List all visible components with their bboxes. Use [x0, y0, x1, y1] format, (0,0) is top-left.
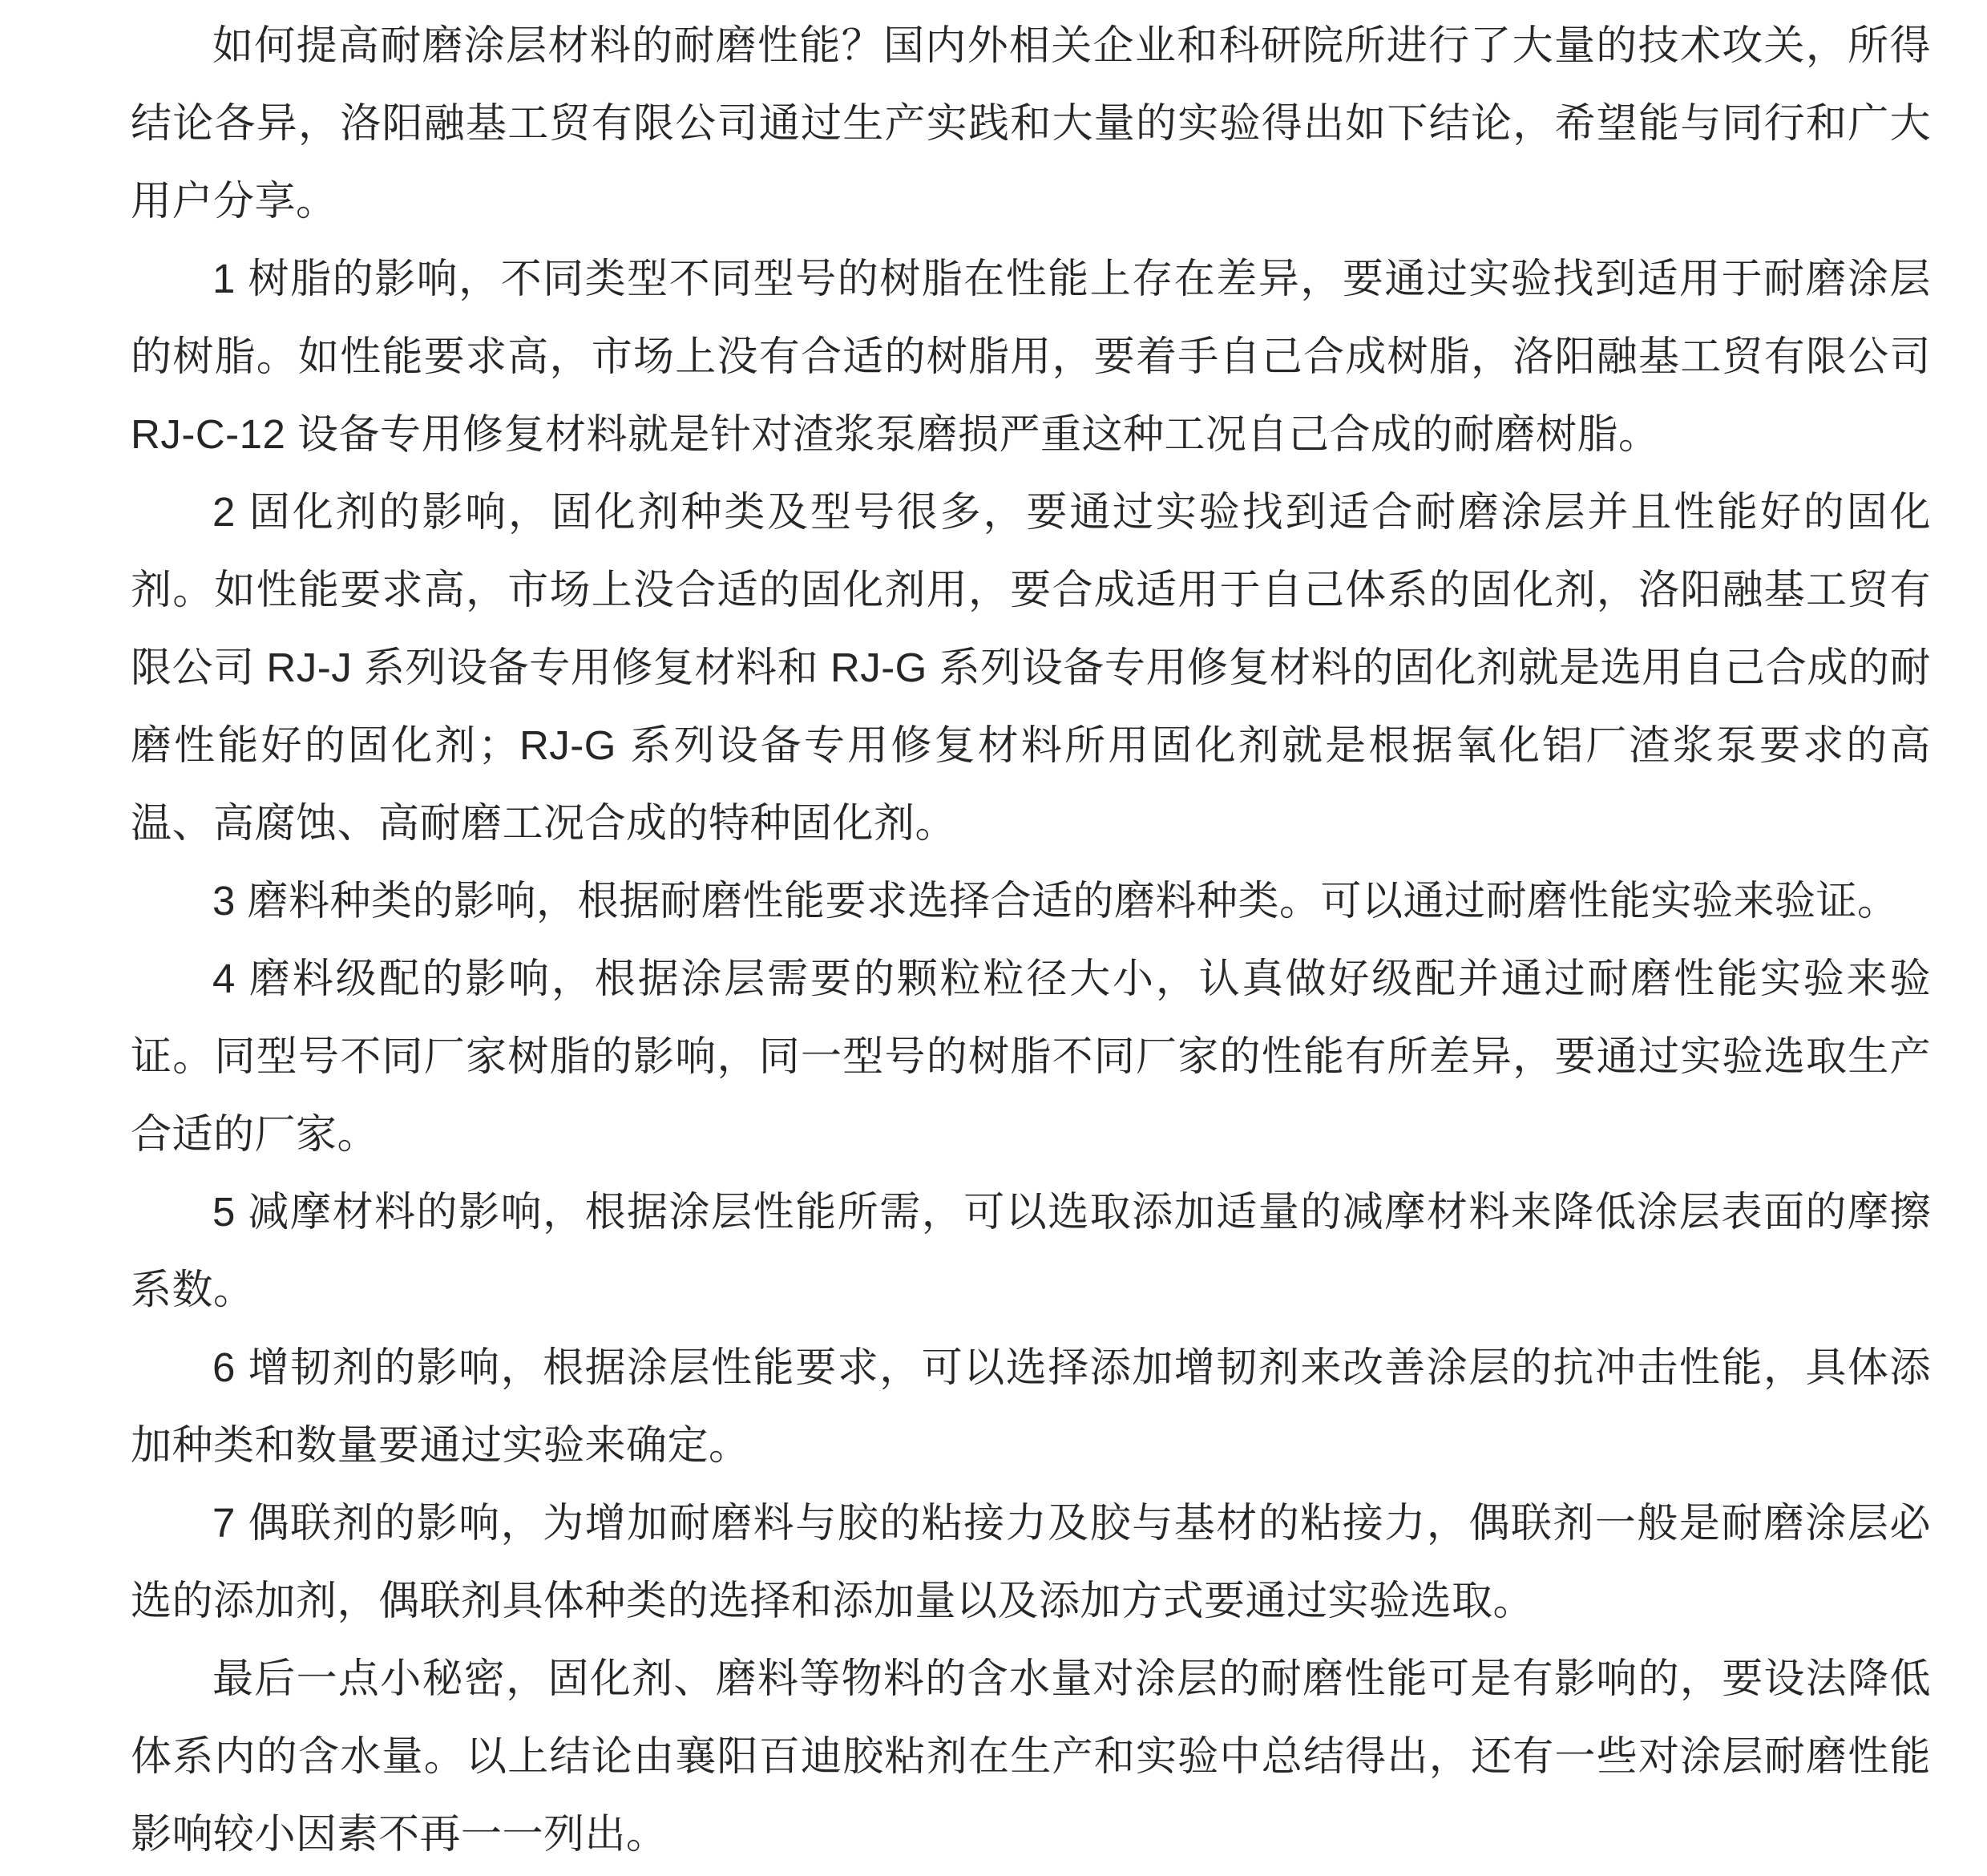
paragraph-7-coupling-agent: 7 偶联剂的影响，为增加耐磨料与胶的粘接力及胶与基材的粘接力，偶联剂一般是耐磨涂… — [131, 1484, 1931, 1639]
paragraph-5-friction-reducer: 5 减摩材料的影响，根据涂层性能所需，可以选取添加适量的减摩材料来降低涂层表面的… — [131, 1173, 1931, 1328]
document-body: 如何提高耐磨涂层材料的耐磨性能？国内外相关企业和科研院所进行了大量的技术攻关，所… — [131, 6, 1931, 1873]
paragraph-6-toughener: 6 增韧剂的影响，根据涂层性能要求，可以选择添加增韧剂来改善涂层的抗冲击性能，具… — [131, 1328, 1931, 1484]
paragraph-intro: 如何提高耐磨涂层材料的耐磨性能？国内外相关企业和科研院所进行了大量的技术攻关，所… — [131, 6, 1931, 240]
paragraph-1-resin: 1 树脂的影响，不同类型不同型号的树脂在性能上存在差异，要通过实验找到适用于耐磨… — [131, 240, 1931, 473]
paragraph-3-abrasive-type: 3 磨料种类的影响，根据耐磨性能要求选择合适的磨料种类。可以通过耐磨性能实验来验… — [131, 862, 1931, 940]
paragraph-conclusion: 最后一点小秘密，固化剂、磨料等物料的含水量对涂层的耐磨性能可是有影响的，要设法降… — [131, 1639, 1931, 1873]
document-page: 如何提高耐磨涂层材料的耐磨性能？国内外相关企业和科研院所进行了大量的技术攻关，所… — [0, 0, 1987, 1876]
paragraph-2-curing-agent: 2 固化剂的影响，固化剂种类及型号很多，要通过实验找到适合耐磨涂层并且性能好的固… — [131, 473, 1931, 862]
paragraph-4-abrasive-grading: 4 磨料级配的影响，根据涂层需要的颗粒粒径大小，认真做好级配并通过耐磨性能实验来… — [131, 940, 1931, 1173]
